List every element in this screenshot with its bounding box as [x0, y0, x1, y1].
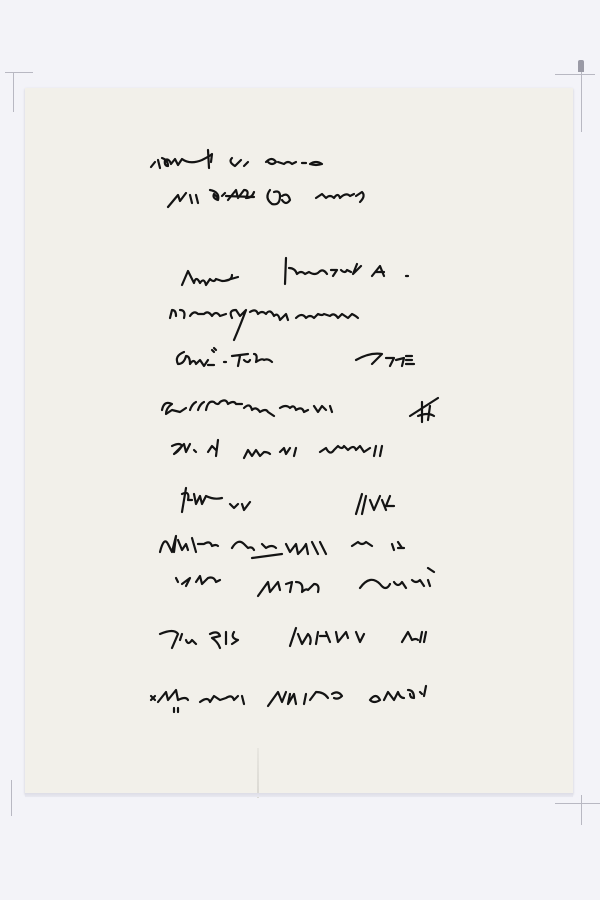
script-line-2 [168, 190, 364, 207]
script-line-8 [182, 488, 394, 514]
script-line-9 [160, 536, 434, 572]
handwriting-strokes [0, 0, 600, 900]
script-line-1 [151, 150, 322, 168]
script-line-6 [162, 398, 438, 422]
script-line-4 [170, 310, 358, 340]
script-line-5 [177, 348, 414, 366]
script-line-11 [160, 628, 426, 648]
script-line-3 [182, 258, 408, 285]
script-line-10 [176, 576, 430, 596]
script-line-12 [151, 686, 426, 712]
script-line-7 [172, 440, 382, 458]
